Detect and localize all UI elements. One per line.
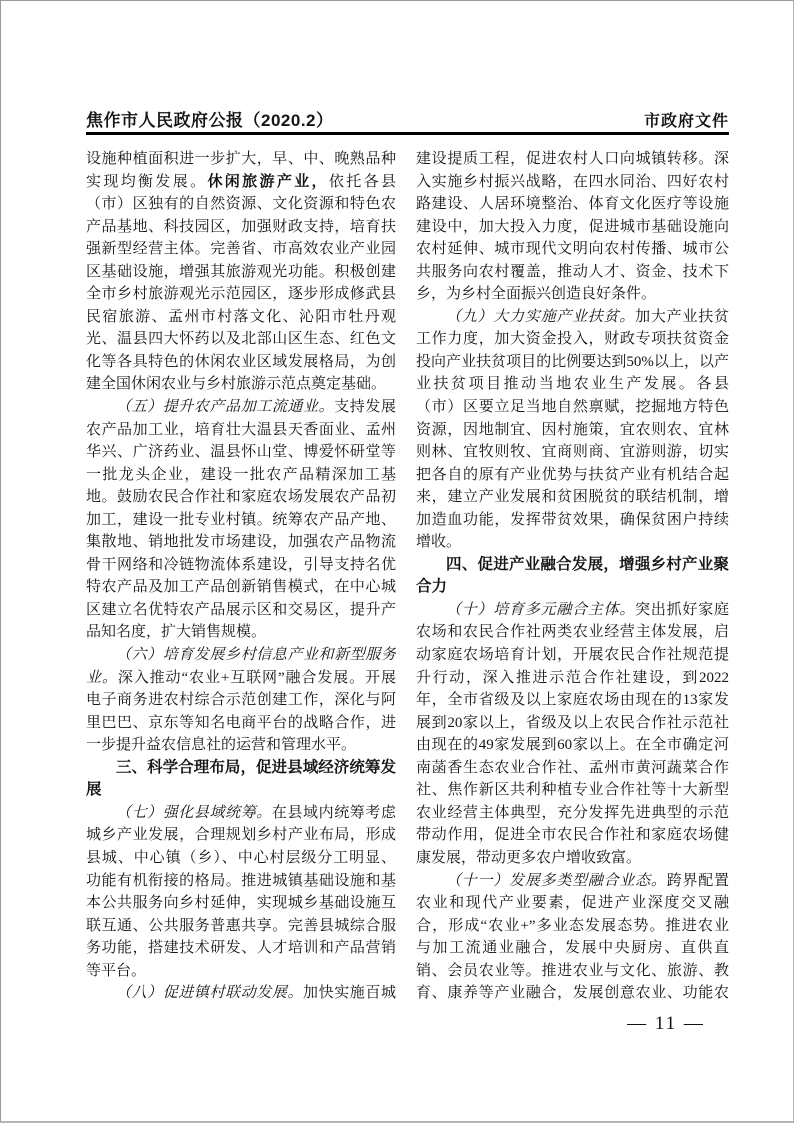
body-line: 与加工流通业融合，发展中央厨房、直供直 — [416, 937, 729, 960]
text-segment-song: 产品基地、科技园区，加强财政支持，培育扶 — [86, 219, 396, 235]
text-segment-song: 带动作用，促进全市农民合作社和家庭农场健 — [416, 827, 729, 843]
text-segment-song: 农产品加工业，培育壮大温县天香面业、孟州 — [86, 422, 396, 438]
text-segment-song: 骨干网络和冷链物流体系建设，引导支持名优 — [86, 557, 396, 573]
text-segment-kai: （七）强化县域统筹。 — [116, 805, 272, 821]
body-line: 育、康养等产业融合，发展创意农业、功能农 — [416, 982, 729, 1005]
body-line: 本公共服务向乡村延伸，实现城乡基础设施互 — [86, 892, 396, 915]
text-segment-song: 化等各具特色的休闲农业区域发展格局，为创 — [86, 354, 396, 370]
body-line: （五）提升农产品加工流通业。支持发展 — [86, 396, 396, 419]
text-segment-kai: （十一）发展多类型融合业态。 — [446, 873, 667, 889]
body-line: 特农产品及加工产品创新销售模式，在中心城 — [86, 576, 396, 599]
body-line: 县城、中心镇（乡）、中心村层级分工明显、 — [86, 847, 396, 870]
text-segment-song: 特农产品及加工产品创新销售模式，在中心城 — [86, 579, 396, 595]
text-segment-song: 城乡产业发展，合理规划乡村产业布局，形成 — [86, 827, 396, 843]
text-segment-song: 在县域内统筹考虑 — [272, 805, 396, 821]
body-line: 一批龙头企业，建设一批农产品精深加工基 — [86, 464, 396, 487]
body-line: 化等各具特色的休闲农业区域发展格局，为创 — [86, 351, 396, 374]
text-segment-song: 支持发展 — [334, 399, 396, 415]
text-segment-song: 农业经营主体典型，充分发挥先进典型的示范 — [416, 805, 729, 821]
text-segment-song: 加工，建设一批专业村镇。统筹农产品产地、 — [86, 512, 396, 528]
body-line: 等平台。 — [86, 960, 396, 983]
body-line: 资源，因地制宜、因村施策，宜农则农、宜林 — [416, 419, 729, 442]
text-segment-hei: 三、科学合理布局，促进县域经济统筹发 — [116, 759, 396, 776]
text-segment-kai: （六）培育发展乡村信息产业和新型服务 — [116, 647, 396, 663]
text-segment-hei: 展 — [86, 781, 102, 798]
page-header: 焦作市人民政府公报（2020.2） 市政府文件 — [86, 109, 729, 131]
body-line: 建设提质工程，促进农村人口向城镇转移。深 — [416, 148, 729, 171]
text-segment-song: 育、康养等产业融合，发展创意农业、功能农 — [416, 985, 729, 1001]
text-segment-song: 等平台。 — [86, 963, 146, 979]
body-line: 农业经营主体典型，充分发挥先进典型的示范 — [416, 802, 729, 825]
text-segment-song: 入实施乡村振兴战略，在四水同治、四好农村 — [416, 174, 729, 190]
text-column-left: 设施种植面积进一步扩大，早、中、晚熟品种实现均衡发展。休闲旅游产业，依托各县（市… — [86, 148, 396, 1005]
text-segment-song: 深入推动“农业+互联网”融合发展。开展 — [118, 670, 396, 686]
text-segment-song: 与加工流通业融合，发展中央厨房、直供直 — [416, 940, 729, 956]
text-segment-song: 县城、中心镇（乡）、中心村层级分工明显、 — [86, 850, 396, 866]
text-segment-song: 南菡香生态农业合作社、孟州市黄河蔬菜合作 — [416, 760, 729, 776]
text-segment-song: 来，建立产业发展和贫困脱贫的联结机制，增 — [416, 489, 729, 505]
text-segment-song: （市）区要立足当地自然禀赋，挖掘地方特色 — [416, 399, 729, 415]
text-segment-song: 强新型经营主体。完善省、市高效农业产业园 — [86, 241, 396, 257]
text-segment-song: 区建立名优特农产品展示区和交易区，提升产 — [86, 602, 396, 618]
body-line: 加造血功能，发挥带贫效果，确保贫困户持续 — [416, 509, 729, 532]
body-line: 工作力度，加大资金投入，财政专项扶贫资金 — [416, 328, 729, 351]
header-rule — [86, 132, 729, 135]
body-line: 乡，为乡村全面振兴创造良好条件。 — [416, 283, 729, 306]
body-line: 里巴巴、京东等知名电商平台的战略合作，进 — [86, 712, 396, 735]
text-segment-song: 升行动，深入推进示范合作社建设，到2022 — [416, 670, 729, 686]
body-line: 华兴、广济药业、温县怀山堂、博爱怀研堂等 — [86, 441, 396, 464]
body-line: 年，全市省级及以上家庭农场由现在的13家发 — [416, 689, 729, 712]
text-segment-song: 突出抓好家庭 — [635, 602, 729, 618]
body-line: （市）区独有的自然资源、文化资源和特色农 — [86, 193, 396, 216]
text-segment-song: 全市乡村旅游观光示范园区，逐步形成修武县 — [86, 286, 396, 302]
body-line: 路建设、人居环境整治、体育文化医疗等设施 — [416, 193, 729, 216]
text-segment-song: 建全国休闲农业与乡村旅游示范点奠定基础。 — [86, 376, 386, 392]
text-column-right: 建设提质工程，促进农村人口向城镇转移。深入实施乡村振兴战略，在四水同治、四好农村… — [416, 148, 729, 1005]
body-line: 带动作用，促进全市农民合作社和家庭农场健 — [416, 824, 729, 847]
page-number: — 11 — — [596, 1013, 736, 1037]
body-line: 入实施乡村振兴战略，在四水同治、四好农村 — [416, 171, 729, 194]
text-segment-song: 光、温县四大怀药以及北部山区生态、红色文 — [86, 331, 396, 347]
body-line: 集散地、销地批发市场建设，加强农产品物流 — [86, 531, 396, 554]
body-line: 地。鼓励农民合作社和家庭农场发展农产品初 — [86, 486, 396, 509]
body-line: 民宿旅游、孟州市村落文化、沁阳市牡丹观 — [86, 306, 396, 329]
body-line: 业。深入推动“农业+互联网”融合发展。开展 — [86, 667, 396, 690]
text-segment-song: 路建设、人居环境整治、体育文化医疗等设施 — [416, 196, 729, 212]
text-segment-song: 乡，为乡村全面振兴创造良好条件。 — [416, 286, 656, 302]
text-segment-song: 依托各县 — [329, 174, 396, 190]
body-line: 合力 — [416, 576, 729, 599]
body-line: 光、温县四大怀药以及北部山区生态、红色文 — [86, 328, 396, 351]
body-line: 动家庭农场培育计划，开展农民合作社规范提 — [416, 644, 729, 667]
text-segment-songbold: 休闲旅游产业， — [207, 174, 328, 190]
body-line: （市）区要立足当地自然禀赋，挖掘地方特色 — [416, 396, 729, 419]
text-segment-kai: （九）大力实施产业扶贫。 — [446, 309, 635, 325]
text-segment-song: 展到20家以上，省级及以上农民合作社示范社 — [416, 715, 729, 731]
body-line: 由现在的49家发展到60家以上。在全市确定河 — [416, 734, 729, 757]
body-line: 把各自的原有产业优势与扶贫产业有机结合起 — [416, 464, 729, 487]
text-segment-song: 华兴、广济药业、温县怀山堂、博爱怀研堂等 — [86, 444, 396, 460]
text-segment-hei: 合力 — [416, 578, 447, 595]
body-line: （九）大力实施产业扶贫。加大产业扶贫 — [416, 306, 729, 329]
text-segment-song: 跨界配置 — [667, 873, 729, 889]
body-line: 品知名度，扩大销售规模。 — [86, 621, 396, 644]
text-segment-hei: 四、促进产业融合发展，增强乡村产业聚 — [446, 556, 729, 573]
body-line: 一步提升益农信息社的运营和管理水平。 — [86, 734, 396, 757]
text-segment-song: 区基础设施，增强其旅游观光功能。积极创建 — [86, 264, 396, 280]
body-line: 来，建立产业发展和贫困脱贫的联结机制，增 — [416, 486, 729, 509]
text-segment-song: 把各自的原有产业优势与扶贫产业有机结合起 — [416, 467, 729, 483]
text-segment-song: 里巴巴、京东等知名电商平台的战略合作，进 — [86, 715, 396, 731]
text-segment-song: 社、焦作新区共利种植专业合作社等十大新型 — [416, 782, 729, 798]
body-line: 强新型经营主体。完善省、市高效农业产业园 — [86, 238, 396, 261]
text-segment-song: 设施种植面积进一步扩大，早、中、晚熟品种 — [86, 151, 396, 167]
body-line: 区基础设施，增强其旅游观光功能。积极创建 — [86, 261, 396, 284]
body-line: 骨干网络和冷链物流体系建设，引导支持名优 — [86, 554, 396, 577]
body-line: （八）促进镇村联动发展。加快实施百城 — [86, 982, 396, 1005]
body-line: 投向产业扶贫项目的比例要达到50%以上，以产 — [416, 351, 729, 374]
body-line: 农产品加工业，培育壮大温县天香面业、孟州 — [86, 419, 396, 442]
body-line: 联互通、公共服务普惠共享。完善县城综合服 — [86, 915, 396, 938]
body-line: 三、科学合理布局，促进县域经济统筹发 — [86, 757, 396, 780]
body-line: 业扶贫项目推动当地农业生产发展。各县 — [416, 373, 729, 396]
body-line: 销、会员农业等。推进农业与文化、旅游、教 — [416, 960, 729, 983]
text-segment-song: 动家庭农场培育计划，开展农民合作社规范提 — [416, 647, 729, 663]
text-segment-song: 工作力度，加大资金投入，财政专项扶贫资金 — [416, 331, 729, 347]
text-segment-song: 务功能，搭建技术研发、人才培训和产品营销 — [86, 940, 396, 956]
text-segment-song: 增收。 — [416, 534, 461, 550]
text-segment-kai: （八）促进镇村联动发展。 — [116, 985, 303, 1001]
text-segment-song: 加大产业扶贫 — [635, 309, 729, 325]
text-segment-song: 资源，因地制宜、因村施策，宜农则农、宜林 — [416, 422, 729, 438]
text-segment-song: 建设中，加大投入力度，促进城市基础设施向 — [416, 219, 729, 235]
body-line: 南菡香生态农业合作社、孟州市黄河蔬菜合作 — [416, 757, 729, 780]
body-line: 康发展，带动更多农户增收致富。 — [416, 847, 729, 870]
text-segment-song: 农场和农民合作社两类农业经营主体发展，启 — [416, 624, 729, 640]
gazette-title: 焦作市人民政府公报（2020.2） — [86, 106, 334, 131]
text-segment-song: 实现均衡发展。 — [86, 174, 207, 190]
body-line: 农村延伸、城市现代文明向农村传播、城市公 — [416, 238, 729, 261]
text-segment-song: 建设提质工程，促进农村人口向城镇转移。深 — [416, 151, 729, 167]
text-segment-song: 电子商务进农村综合示范创建工作，深化与阿 — [86, 692, 396, 708]
text-segment-song: 集散地、销地批发市场建设，加强农产品物流 — [86, 534, 396, 550]
text-segment-song: 功能有机衔接的格局。推进城镇基础设施和基 — [86, 873, 396, 889]
body-line: （十）培育多元融合主体。突出抓好家庭 — [416, 599, 729, 622]
gazette-page: 焦作市人民政府公报（2020.2） 市政府文件 设施种植面积进一步扩大，早、中、… — [0, 0, 794, 1123]
body-line: 电子商务进农村综合示范创建工作，深化与阿 — [86, 689, 396, 712]
body-line: 建设中，加大投入力度，促进城市基础设施向 — [416, 216, 729, 239]
text-segment-song: 康发展，带动更多农户增收致富。 — [416, 850, 641, 866]
body-line: 实现均衡发展。休闲旅游产业，依托各县 — [86, 171, 396, 194]
text-segment-song: 加快实施百城 — [303, 985, 396, 1001]
text-segment-song: 联互通、公共服务普惠共享。完善县城综合服 — [86, 918, 396, 934]
body-line: 共服务向农村覆盖，推动人才、资金、技术下 — [416, 261, 729, 284]
body-line: 建全国休闲农业与乡村旅游示范点奠定基础。 — [86, 373, 396, 396]
text-segment-song: （市）区独有的自然资源、文化资源和特色农 — [86, 196, 396, 212]
body-line: （七）强化县域统筹。在县域内统筹考虑 — [86, 802, 396, 825]
text-segment-song: 销、会员农业等。推进农业与文化、旅游、教 — [416, 963, 729, 979]
body-line: （十一）发展多类型融合业态。跨界配置 — [416, 870, 729, 893]
body-line: 四、促进产业融合发展，增强乡村产业聚 — [416, 554, 729, 577]
text-segment-kai: （五）提升农产品加工流通业。 — [116, 399, 334, 415]
text-segment-kai: （十）培育多元融合主体。 — [446, 602, 635, 618]
text-segment-song: 则林、宜牧则牧、宜商则商、宜游则游，切实 — [416, 444, 729, 460]
body-line: 功能有机衔接的格局。推进城镇基础设施和基 — [86, 870, 396, 893]
body-line: 则林、宜牧则牧、宜商则商、宜游则游，切实 — [416, 441, 729, 464]
body-line: 区建立名优特农产品展示区和交易区，提升产 — [86, 599, 396, 622]
text-segment-song: 本公共服务向乡村延伸，实现城乡基础设施互 — [86, 895, 396, 911]
body-line: 社、焦作新区共利种植专业合作社等十大新型 — [416, 779, 729, 802]
body-line: 增收。 — [416, 531, 729, 554]
document-category-label: 市政府文件 — [644, 108, 729, 131]
text-segment-song: 由现在的49家发展到60家以上。在全市确定河 — [416, 737, 729, 753]
text-segment-song: 一批龙头企业，建设一批农产品精深加工基 — [86, 467, 396, 483]
body-line: 城乡产业发展，合理规划乡村产业布局，形成 — [86, 824, 396, 847]
body-line: 农业和现代产业要素，促进产业深度交叉融 — [416, 892, 729, 915]
text-segment-song: 农村延伸、城市现代文明向农村传播、城市公 — [416, 241, 729, 257]
body-line: 务功能，搭建技术研发、人才培训和产品营销 — [86, 937, 396, 960]
body-line: 产品基地、科技园区，加强财政支持，培育扶 — [86, 216, 396, 239]
body-line: 全市乡村旅游观光示范园区，逐步形成修武县 — [86, 283, 396, 306]
body-line: 设施种植面积进一步扩大，早、中、晚熟品种 — [86, 148, 396, 171]
text-segment-song: 民宿旅游、孟州市村落文化、沁阳市牡丹观 — [86, 309, 396, 325]
body-line: 合，形成“农业+”多业态发展态势。推进农业 — [416, 915, 729, 938]
body-line: 农场和农民合作社两类农业经营主体发展，启 — [416, 621, 729, 644]
text-segment-song: 投向产业扶贫项目的比例要达到50%以上，以产 — [416, 354, 729, 370]
text-segment-song: 农业和现代产业要素，促进产业深度交叉融 — [416, 895, 729, 911]
body-line: （六）培育发展乡村信息产业和新型服务 — [86, 644, 396, 667]
text-segment-song: 年，全市省级及以上家庭农场由现在的13家发 — [416, 692, 729, 708]
body-line: 升行动，深入推进示范合作社建设，到2022 — [416, 667, 729, 690]
text-segment-song: 共服务向农村覆盖，推动人才、资金、技术下 — [416, 264, 729, 280]
body-line: 展 — [86, 779, 396, 802]
body-line: 展到20家以上，省级及以上农民合作社示范社 — [416, 712, 729, 735]
text-segment-kai: 业。 — [86, 670, 118, 686]
text-segment-song: 地。鼓励农民合作社和家庭农场发展农产品初 — [86, 489, 396, 505]
body-line: 加工，建设一批专业村镇。统筹农产品产地、 — [86, 509, 396, 532]
text-segment-song: 加造血功能，发挥带贫效果，确保贫困户持续 — [416, 512, 729, 528]
text-segment-song: 业扶贫项目推动当地农业生产发展。各县 — [416, 376, 729, 392]
text-segment-song: 合，形成“农业+”多业态发展态势。推进农业 — [416, 918, 729, 934]
text-segment-song: 一步提升益农信息社的运营和管理水平。 — [86, 737, 356, 753]
text-segment-song: 品知名度，扩大销售规模。 — [86, 624, 266, 640]
